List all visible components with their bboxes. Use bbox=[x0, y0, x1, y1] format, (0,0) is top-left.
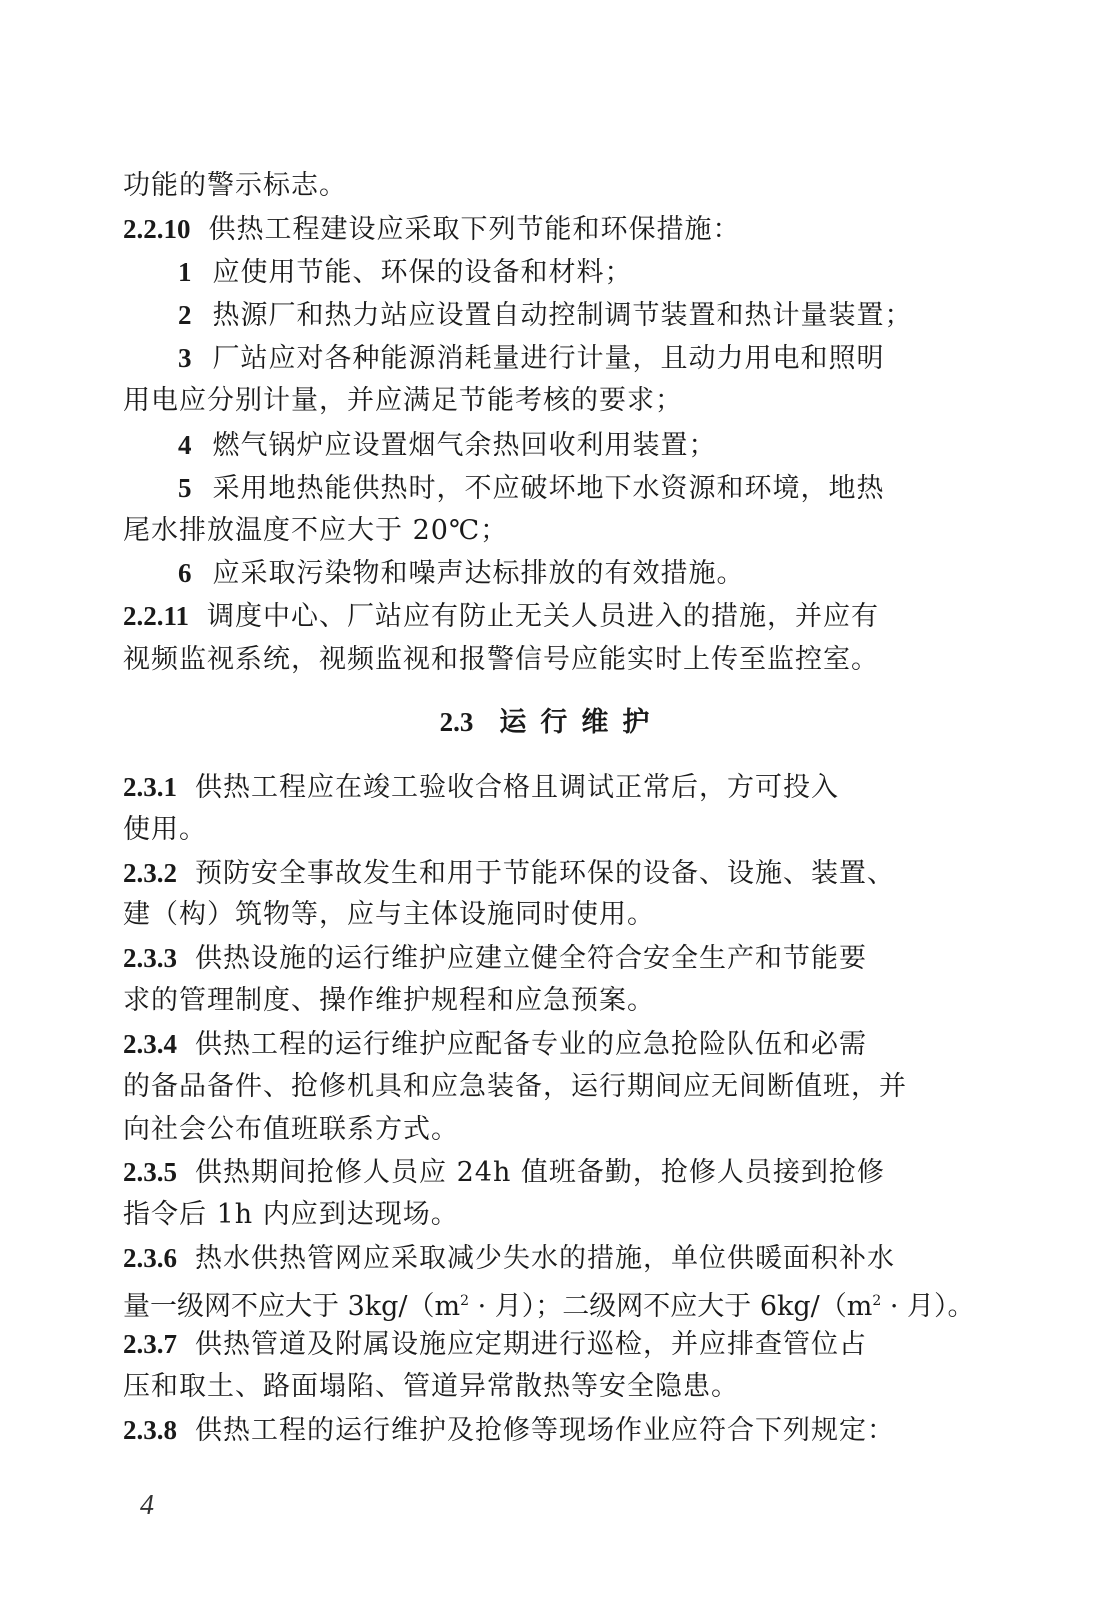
line-text: 尾水排放温度不应大于 20℃； bbox=[123, 515, 508, 546]
line-text: 供热管道及附属设施应定期进行巡检，并应排查管位占 bbox=[195, 1329, 867, 1360]
line-text: 供热设施的运行维护应建立健全符合安全生产和节能要 bbox=[195, 943, 867, 974]
line-text: 热源厂和热力站应设置自动控制调节装置和热计量装置； bbox=[213, 300, 913, 331]
section-heading: 2.3运行维护 bbox=[0, 702, 1103, 743]
line-text: 热水供热管网应采取减少失水的措施，单位供暖面积补水 bbox=[195, 1243, 895, 1274]
clause-2-3-7: 2.3.7供热管道及附属设施应定期进行巡检，并应排查管位占 bbox=[123, 1324, 923, 1364]
item-number: 6 bbox=[178, 558, 193, 588]
text-line: 的备品备件、抢修机具和应急装备，运行期间应无间断值班，并 bbox=[123, 1067, 923, 1107]
text-line: 尾水排放温度不应大于 20℃； bbox=[123, 511, 923, 551]
clause-number: 2.3.5 bbox=[123, 1157, 177, 1187]
item-number: 4 bbox=[178, 430, 193, 460]
section-number: 2.3 bbox=[440, 707, 474, 737]
text-line: 使用。 bbox=[123, 810, 923, 850]
clause-2-3-5: 2.3.5供热期间抢修人员应 24h 值班备勤，抢修人员接到抢修 bbox=[123, 1152, 923, 1192]
clause-2-3-8: 2.3.8供热工程的运行维护及抢修等现场作业应符合下列规定： bbox=[123, 1410, 923, 1450]
text-line: 功能的警示标志。 bbox=[123, 166, 923, 206]
line-text: 应使用节能、环保的设备和材料； bbox=[213, 257, 633, 288]
line-text: 建（构）筑物等，应与主体设施同时使用。 bbox=[123, 899, 655, 930]
list-item-2: 2热源厂和热力站应设置自动控制调节装置和热计量装置； bbox=[178, 295, 978, 335]
clause-number: 2.2.11 bbox=[123, 601, 189, 631]
item-number: 5 bbox=[178, 473, 193, 503]
clause-2-3-1: 2.3.1供热工程应在竣工验收合格且调试正常后，方可投入 bbox=[123, 767, 923, 807]
text-line: 求的管理制度、操作维护规程和应急预案。 bbox=[123, 981, 923, 1021]
text-line: 视频监视系统，视频监视和报警信号应能实时上传至监控室。 bbox=[123, 640, 923, 680]
line-text: 采用地热能供热时，不应破坏地下水资源和环境，地热 bbox=[213, 473, 885, 504]
clause-2-3-6: 2.3.6热水供热管网应采取减少失水的措施，单位供暖面积补水 bbox=[123, 1238, 923, 1278]
line-text: 视频监视系统，视频监视和报警信号应能实时上传至监控室。 bbox=[123, 644, 879, 675]
superscript: 2 bbox=[460, 1293, 469, 1309]
list-item-3: 3厂站应对各种能源消耗量进行计量，且动力用电和照明 bbox=[178, 338, 978, 378]
line-text: 燃气锅炉应设置烟气余热回收利用装置； bbox=[213, 430, 717, 461]
line-text: 预防安全事故发生和用于节能环保的设备、设施、装置、 bbox=[195, 858, 895, 889]
text-line: 建（构）筑物等，应与主体设施同时使用。 bbox=[123, 895, 923, 935]
line-text: 供热工程应在竣工验收合格且调试正常后，方可投入 bbox=[195, 772, 839, 803]
clause-number: 2.3.2 bbox=[123, 858, 177, 888]
clause-2-3-4: 2.3.4供热工程的运行维护应配备专业的应急抢险队伍和必需 bbox=[123, 1024, 923, 1064]
line-text: · 月）；二级网不应大于 6kg/（m bbox=[469, 1291, 872, 1322]
line-text: · 月）。 bbox=[881, 1291, 974, 1322]
line-text: 向社会公布值班联系方式。 bbox=[123, 1114, 459, 1145]
clause-2-2-10: 2.2.10供热工程建设应采取下列节能和环保措施： bbox=[123, 209, 923, 249]
line-text: 功能的警示标志。 bbox=[123, 170, 347, 201]
clause-2-3-3: 2.3.3供热设施的运行维护应建立健全符合安全生产和节能要 bbox=[123, 938, 923, 978]
line-text: 供热工程的运行维护及抢修等现场作业应符合下列规定： bbox=[195, 1415, 895, 1446]
superscript: 2 bbox=[872, 1293, 881, 1309]
text-line: 指令后 1h 内应到达现场。 bbox=[123, 1195, 923, 1235]
text-line: 压和取土、路面塌陷、管道异常散热等安全隐患。 bbox=[123, 1367, 923, 1407]
text-line: 向社会公布值班联系方式。 bbox=[123, 1110, 923, 1150]
section-title: 运行维护 bbox=[499, 707, 663, 738]
line-text: 用电应分别计量，并应满足节能考核的要求； bbox=[123, 385, 683, 416]
line-text: 供热工程建设应采取下列节能和环保措施： bbox=[209, 214, 741, 245]
line-text: 应采取污染物和噪声达标排放的有效措施。 bbox=[213, 558, 745, 589]
list-item-4: 4燃气锅炉应设置烟气余热回收利用装置； bbox=[178, 425, 978, 465]
clause-number: 2.3.7 bbox=[123, 1329, 177, 1359]
text-line: 量一级网不应大于 3kg/（m2 · 月）；二级网不应大于 6kg/（m2 · … bbox=[123, 1281, 923, 1321]
line-text: 使用。 bbox=[123, 814, 207, 845]
line-text: 调度中心、厂站应有防止无关人员进入的措施，并应有 bbox=[207, 601, 879, 632]
clause-number: 2.3.4 bbox=[123, 1029, 177, 1059]
clause-2-3-2: 2.3.2预防安全事故发生和用于节能环保的设备、设施、装置、 bbox=[123, 853, 923, 893]
text-line: 用电应分别计量，并应满足节能考核的要求； bbox=[123, 381, 923, 421]
line-text: 指令后 1h 内应到达现场。 bbox=[123, 1199, 459, 1230]
line-text: 供热期间抢修人员应 24h 值班备勤，抢修人员接到抢修 bbox=[195, 1157, 885, 1188]
line-text: 量一级网不应大于 3kg/（m bbox=[123, 1291, 460, 1322]
list-item-5: 5采用地热能供热时，不应破坏地下水资源和环境，地热 bbox=[178, 468, 978, 508]
line-text: 厂站应对各种能源消耗量进行计量，且动力用电和照明 bbox=[213, 343, 885, 374]
clause-number: 2.3.8 bbox=[123, 1415, 177, 1445]
clause-number: 2.3.1 bbox=[123, 772, 177, 802]
clause-2-2-11: 2.2.11调度中心、厂站应有防止无关人员进入的措施，并应有 bbox=[123, 596, 923, 636]
line-text: 的备品备件、抢修机具和应急装备，运行期间应无间断值班，并 bbox=[123, 1071, 907, 1102]
item-number: 1 bbox=[178, 257, 193, 287]
list-item-1: 1应使用节能、环保的设备和材料； bbox=[178, 252, 978, 292]
line-text: 求的管理制度、操作维护规程和应急预案。 bbox=[123, 985, 655, 1016]
list-item-6: 6应采取污染物和噪声达标排放的有效措施。 bbox=[178, 553, 978, 593]
item-number: 3 bbox=[178, 343, 193, 373]
line-text: 压和取土、路面塌陷、管道异常散热等安全隐患。 bbox=[123, 1371, 739, 1402]
line-text: 供热工程的运行维护应配备专业的应急抢险队伍和必需 bbox=[195, 1029, 867, 1060]
clause-number: 2.3.3 bbox=[123, 943, 177, 973]
item-number: 2 bbox=[178, 300, 193, 330]
clause-number: 2.3.6 bbox=[123, 1243, 177, 1273]
clause-number: 2.2.10 bbox=[123, 214, 191, 244]
page-number: 4 bbox=[140, 1490, 154, 1522]
